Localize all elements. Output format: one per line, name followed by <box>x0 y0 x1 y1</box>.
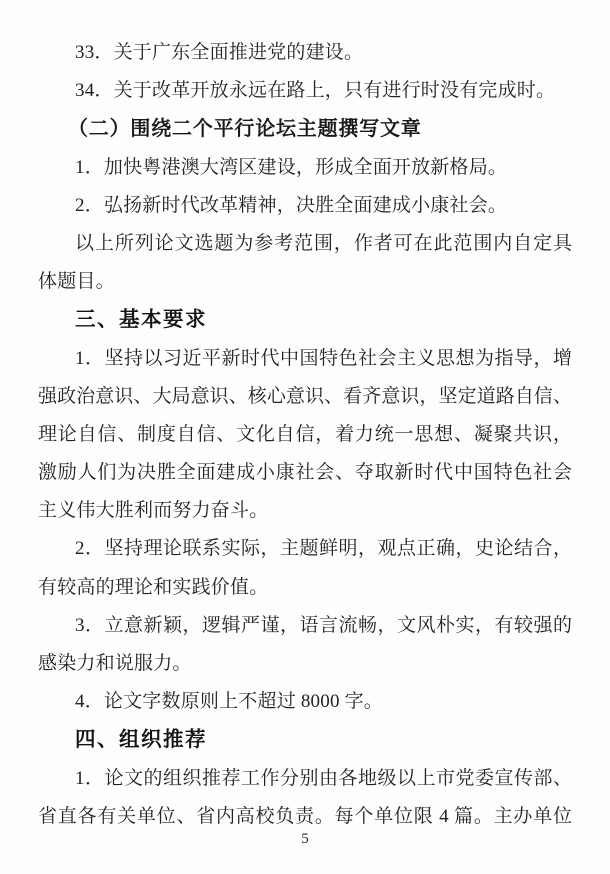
page-number: 5 <box>0 831 610 848</box>
text-line: 体题目。 <box>38 263 572 301</box>
text-line: 3．立意新颖，逻辑严谨，语言流畅，文风朴实，有较强的 <box>38 607 572 645</box>
text-line: 感染力和说服力。 <box>38 645 572 683</box>
document-page: 33．关于广东全面推进党的建设。34．关于改革开放永远在路上，只有进行时没有完成… <box>0 0 610 874</box>
text-line: 1．加快粤港澳大湾区建设，形成全面开放新格局。 <box>38 149 572 187</box>
text-line: 34．关于改革开放永远在路上，只有进行时没有完成时。 <box>38 72 572 110</box>
text-line: 激励人们为决胜全面建成小康社会、夺取新时代中国特色社会 <box>38 454 572 492</box>
text-line: 1．论文的组织推荐工作分别由各地级以上市党委宣传部、 <box>38 760 572 798</box>
text-line: 1．坚持以习近平新时代中国特色社会主义思想为指导，增 <box>38 340 572 378</box>
text-line: 4．论文字数原则上不超过 8000 字。 <box>38 683 572 721</box>
text-line: 理论自信、制度自信、文化自信，着力统一思想、凝聚共识， <box>38 416 572 454</box>
text-line: 以上所列论文选题为参考范围，作者可在此范围内自定具 <box>38 225 572 263</box>
text-line: 33．关于广东全面推进党的建设。 <box>38 34 572 72</box>
text-line: 主义伟大胜利而努力奋斗。 <box>38 492 572 530</box>
text-line: 有较高的理论和实践价值。 <box>38 569 572 607</box>
document-body: 33．关于广东全面推进党的建设。34．关于改革开放永远在路上，只有进行时没有完成… <box>38 34 572 836</box>
section-heading: （二）围绕二个平行论坛主题撰写文章 <box>38 110 572 148</box>
section-heading: 三、基本要求 <box>38 301 572 339</box>
text-line: 2．弘扬新时代改革精神，决胜全面建成小康社会。 <box>38 187 572 225</box>
text-line: 强政治意识、大局意识、核心意识、看齐意识，坚定道路自信、 <box>38 378 572 416</box>
section-heading: 四、组织推荐 <box>38 721 572 759</box>
text-line: 2．坚持理论联系实际，主题鲜明，观点正确，史论结合， <box>38 530 572 568</box>
